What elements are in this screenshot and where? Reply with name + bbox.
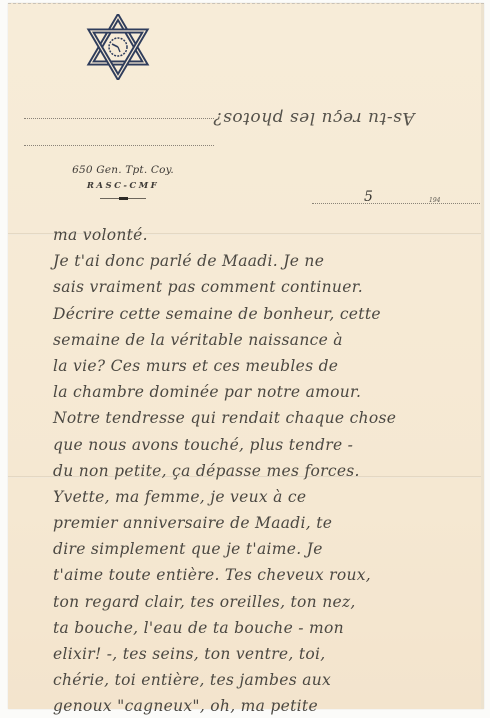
text-line: ta bouche, l'eau de ta bouche - mon xyxy=(53,615,490,641)
text-line: chérie, toi entière, tes jambes aux xyxy=(53,667,490,693)
text-line: premier anniversaire de Maadi, te xyxy=(53,510,490,536)
text-line: dire simplement que je t'aime. Je xyxy=(53,536,490,562)
text-line: que nous avons touché, plus tendre - xyxy=(53,432,490,458)
unit-corps: RASC-CMF xyxy=(48,181,198,191)
text-line: Décrire cette semaine de bonheur, cette xyxy=(53,301,490,327)
text-line: sais vraiment pas comment continuer. xyxy=(53,274,490,300)
letterhead-unit: 650 Gen. Tpt. Coy. RASC-CMF xyxy=(48,164,198,199)
text-line: semaine de la véritable naissance à xyxy=(53,327,490,353)
text-line: genoux "cagneux", oh, ma petite xyxy=(53,693,490,718)
date-day: 5 xyxy=(364,189,373,205)
date-year: 194 xyxy=(429,197,440,204)
upside-down-note: As-tu reçu les photos? xyxy=(213,108,415,128)
text-line: elixir! -, tes seins, ton ventre, toi, xyxy=(53,641,490,667)
clock-icon xyxy=(109,38,127,56)
unit-name: 650 Gen. Tpt. Coy. xyxy=(48,164,198,176)
star-of-david-emblem-icon xyxy=(86,14,150,80)
letter-body: ma volonté. Je t'ai donc parlé de Maadi.… xyxy=(53,222,490,718)
date-line xyxy=(312,203,482,204)
text-line: du non petite, ça dépasse mes forces. xyxy=(53,458,490,484)
text-line: Je t'ai donc parlé de Maadi. Je ne xyxy=(53,248,490,274)
text-line: Notre tendresse qui rendait chaque chose xyxy=(53,405,490,431)
text-line: t'aime toute entière. Tes cheveux roux, xyxy=(53,562,490,588)
letter-page: 650 Gen. Tpt. Coy. RASC-CMF As-tu reçu l… xyxy=(8,3,484,709)
text-line: ma volonté. xyxy=(53,222,490,248)
text-line: la chambre dominée par notre amour. xyxy=(53,379,490,405)
ornament-divider xyxy=(100,198,146,199)
text-line: ton regard clair, tes oreilles, ton nez, xyxy=(53,589,490,615)
text-line: Yvette, ma femme, je veux à ce xyxy=(53,484,490,510)
address-line xyxy=(24,118,214,119)
text-line: la vie? Ces murs et ces meubles de xyxy=(53,353,490,379)
address-line xyxy=(24,145,214,146)
